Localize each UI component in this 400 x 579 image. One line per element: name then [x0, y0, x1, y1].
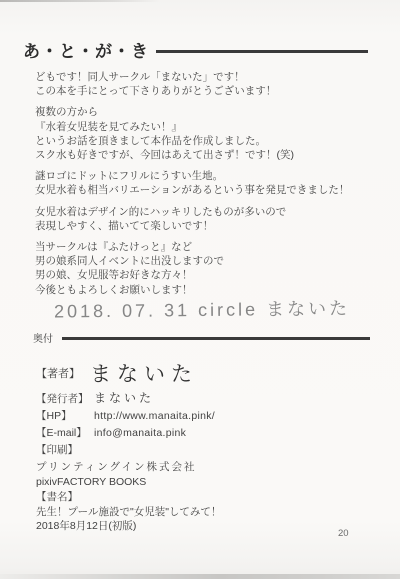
colophon-list: 【発行者】まないた 【HP】http://www.manaita.pink/ 【…: [36, 390, 380, 534]
colophon-header: 奥付: [33, 330, 370, 345]
afterword-line: 謎ロゴにドットにフリルにうすい生地。: [35, 169, 380, 183]
afterword-paragraph: どもです！同人サークル「まないた」です！ この本を手にとって下さりありがとうござ…: [35, 70, 380, 98]
afterword-line: 複数の方から: [35, 105, 380, 119]
page-number: 20: [338, 528, 349, 539]
author-name: まないた: [90, 358, 198, 388]
afterword-line: 『水着女児装を見てみたい！』: [35, 120, 380, 134]
entry-label: 【E-mail】: [36, 425, 90, 442]
entry-label: 【HP】: [36, 408, 90, 425]
entry-value: info@manaita.pink: [94, 427, 186, 439]
scanned-page: あ・と・が・き どもです！同人サークル「まないた」です！ この本を手にとって下さ…: [0, 0, 400, 579]
entry-label: 【発行者】: [36, 391, 90, 408]
afterword-paragraph: 複数の方から 『水着女児装を見てみたい！』 というお話を頂きまして本作品を作成し…: [35, 105, 380, 162]
colophon-entry: 【E-mail】info@manaita.pink: [36, 425, 380, 442]
colophon-author-row: 【著者】 まないた: [36, 358, 198, 388]
scan-bottom-edge: [0, 574, 400, 579]
colophon-label: 奥付: [33, 330, 53, 345]
afterword-line: スク水も好きですが、今回はあえて出さず！です！(笑): [35, 148, 380, 162]
afterword-rule: [156, 50, 368, 53]
afterword-line: 当サークルは『ふたけっと』など: [35, 240, 380, 254]
colophon-entry: 【発行者】まないた: [36, 390, 380, 408]
entry-value: http://www.manaita.pink/: [94, 410, 215, 422]
afterword-paragraph: 当サークルは『ふたけっと』など 男の娘系同人イベントに出没しますので 男の娘、女…: [35, 240, 380, 297]
book-title-label: 【書名】: [36, 490, 380, 505]
printer-name: プリンティングイン株式会社: [36, 459, 380, 475]
entry-label: 【印刷】: [36, 442, 90, 459]
entry-value: まないた: [94, 391, 154, 405]
afterword-body: どもです！同人サークル「まないた」です！ この本を手にとって下さりありがとうござ…: [35, 70, 380, 304]
afterword-line: どもです！同人サークル「まないた」です！: [35, 70, 380, 84]
author-label: 【著者】: [36, 365, 80, 381]
colophon-entry: 【印刷】: [36, 442, 380, 459]
book-title: 先生！プール施設で"女児装"してみて！: [36, 505, 380, 520]
afterword-line: 男の娘系同人イベントに出没しますので: [35, 254, 380, 268]
afterword-paragraph: 謎ロゴにドットにフリルにうすい生地。 女児水着も相当バリエーションがあるという事…: [35, 169, 380, 197]
afterword-line: 女児水着はデザイン的にハッキリしたものが多いので: [35, 205, 380, 219]
scan-top-edge: [0, 0, 160, 2]
afterword-title: あ・と・が・き: [23, 37, 149, 62]
colophon-entry: 【HP】http://www.manaita.pink/: [36, 408, 380, 425]
afterword-line: この本を手にとって下さりありがとうございます！: [35, 84, 380, 98]
afterword-line: 男の娘、女児服等お好きな方々！: [35, 268, 380, 282]
printer-service: pixivFACTORY BOOKS: [36, 475, 380, 490]
afterword-line: 表現しやすく、描いてて楽しいです！: [35, 219, 380, 233]
afterword-line: というお話を頂きまして本作品を作成しました。: [35, 134, 380, 148]
afterword-paragraph: 女児水着はデザイン的にハッキリしたものが多いので 表現しやすく、描いてて楽しいで…: [35, 205, 380, 233]
colophon-rule: [62, 337, 370, 340]
afterword-header: あ・と・が・き: [23, 37, 368, 62]
edition-date: 2018年8月12日(初版): [36, 519, 380, 534]
handwritten-signature: 2018. 07. 31 circle まないた: [54, 294, 350, 323]
afterword-line: 女児水着も相当バリエーションがあるという事を発見できました！: [35, 183, 380, 197]
